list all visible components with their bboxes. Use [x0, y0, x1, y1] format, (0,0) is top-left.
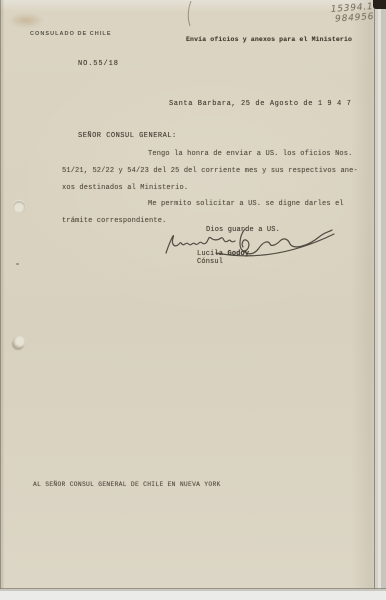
dateline: Santa Barbara, 25 de Agosto de 1 9 4 7: [169, 100, 351, 108]
addressee-line: AL SEÑOR CONSUL GENERAL DE CHILE EN NUEV…: [33, 481, 221, 489]
reference-number: NO.55/18: [78, 60, 119, 68]
scanned-letter-page: 15394.1 984956 CONSULADO DE CHILE Envía …: [0, 0, 386, 600]
typed-signature-name: Lucila Godoy: [197, 250, 249, 258]
body-line-1: Tengo la honra de enviar a US. los ofici…: [148, 150, 352, 158]
body-line-4: Me permito solicitar a US. se digne darl…: [148, 200, 344, 208]
pencil-dot-mark: [16, 263, 19, 265]
archive-number-handwritten: 15394.1 984956: [313, 3, 374, 26]
subject-annotation: Envía oficios y anexos para el Ministeri…: [186, 36, 352, 44]
paper-stain: [8, 13, 44, 28]
body-line-2: 51/21, 52/22 y 54/23 del 25 del corrient…: [62, 167, 358, 175]
signature-last-name: Godoy: [227, 250, 249, 258]
ink-mark-top-right: [373, 0, 386, 9]
punch-hole-top: [13, 201, 25, 213]
punch-hole-bottom: [13, 336, 25, 348]
paper-right-edge: [374, 0, 386, 600]
paper-bottom-edge: [0, 588, 386, 600]
body-line-5: trámite correspondiente.: [62, 217, 166, 225]
pen-stroke-mark: [184, 1, 194, 27]
typed-signature-title: Cónsul: [197, 258, 223, 266]
body-line-3: xos destinados al Ministerio.: [62, 184, 188, 192]
salutation: SEÑOR CONSUL GENERAL:: [78, 132, 177, 140]
signature-first-name: Lucila: [197, 250, 227, 258]
letterhead-text: CONSULADO DE CHILE: [30, 31, 112, 37]
